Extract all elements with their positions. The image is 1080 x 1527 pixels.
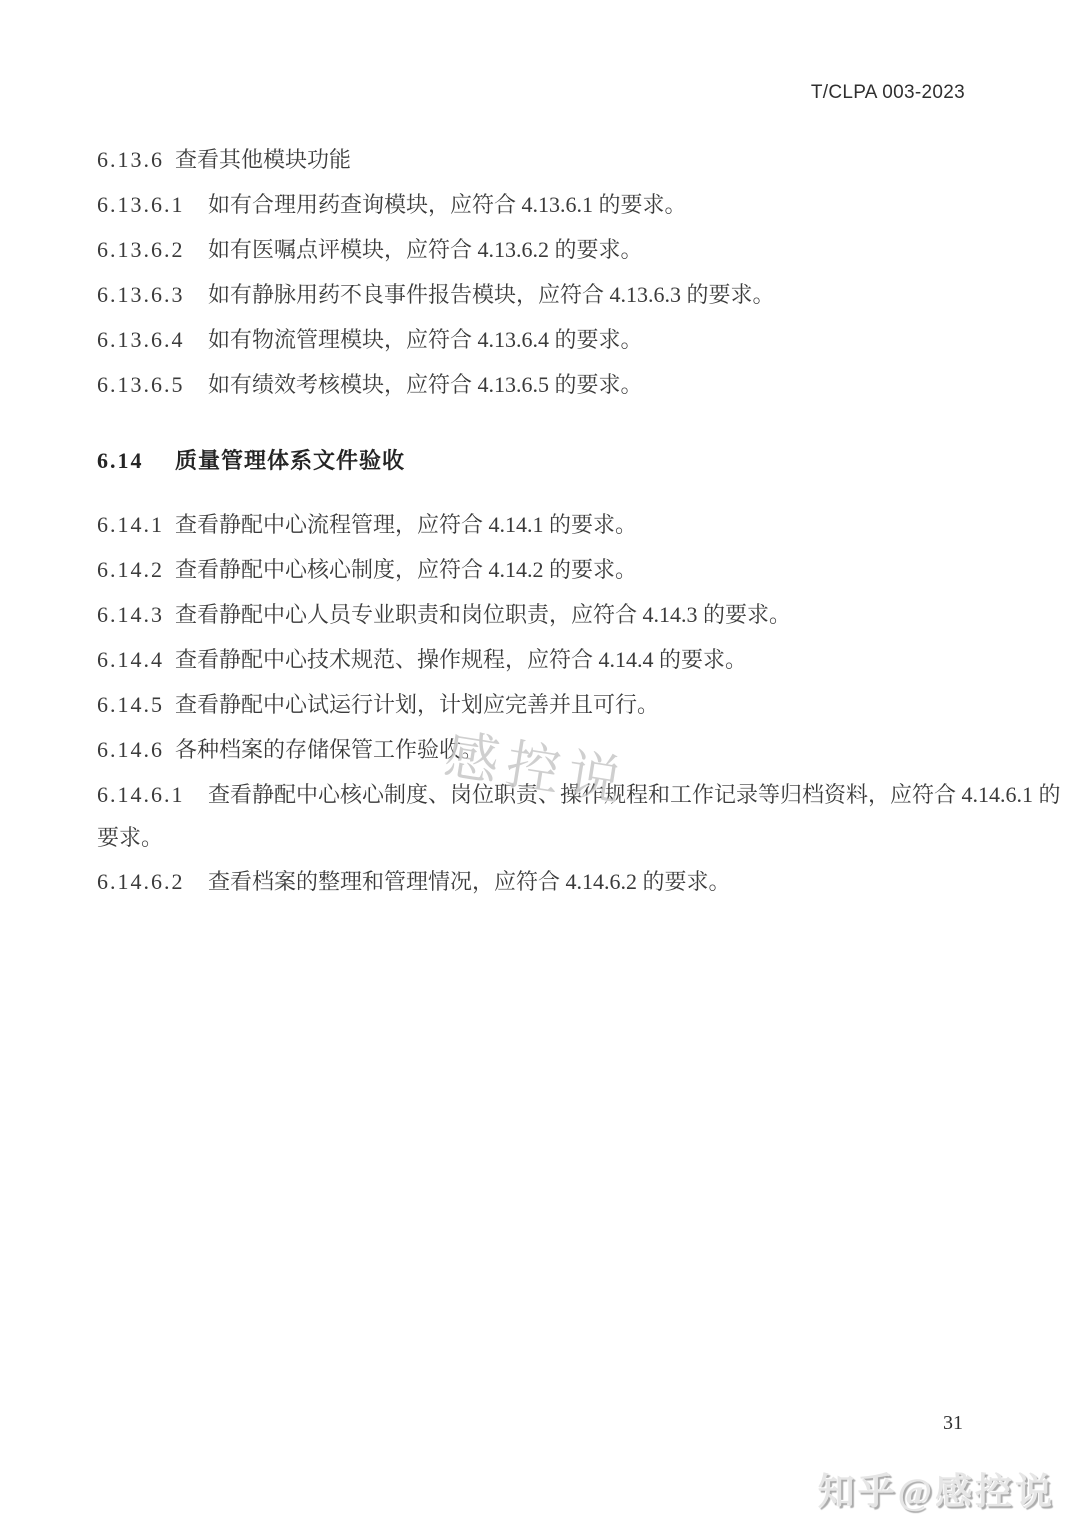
clause-6-13-6: 6.13.6 查看其他模块功能 xyxy=(97,137,997,182)
clause-6-14-5: 6.14.5 查看静配中心试运行计划，计划应完善并且可行。 xyxy=(97,682,997,727)
clause-text: 查看其他模块功能 xyxy=(175,137,351,182)
clause-text: 查看静配中心试运行计划，计划应完善并且可行。 xyxy=(175,682,659,727)
clause-text: 查看静配中心核心制度，应符合 4.14.2 的要求。 xyxy=(175,547,637,592)
clause-text: 查看档案的整理和管理情况，应符合 4.14.6.2 的要求。 xyxy=(208,859,731,904)
clause-6-14-2: 6.14.2 查看静配中心核心制度，应符合 4.14.2 的要求。 xyxy=(97,547,997,592)
clause-number: 6.13.6.3 xyxy=(97,272,208,317)
document-page: T/CLPA 003-2023 6.13.6 查看其他模块功能 6.13.6.1… xyxy=(0,0,1080,1527)
clause-6-14-4: 6.14.4 查看静配中心技术规范、操作规程，应符合 4.14.4 的要求。 xyxy=(97,637,997,682)
clause-text: 查看静配中心人员专业职责和岗位职责，应符合 4.14.3 的要求。 xyxy=(175,592,791,637)
clause-number: 6.13.6.2 xyxy=(97,227,208,272)
clause-6-14-6-1-continuation: 要求。 xyxy=(97,817,997,859)
clause-6-14-3: 6.14.3 查看静配中心人员专业职责和岗位职责，应符合 4.14.3 的要求。 xyxy=(97,592,997,637)
clause-6-14-6-1: 6.14.6.1 查看静配中心核心制度、岗位职责、操作规程和工作记录等归档资料，… xyxy=(97,772,997,817)
clause-6-13-6-4: 6.13.6.4 如有物流管理模块，应符合 4.13.6.4 的要求。 xyxy=(97,317,997,362)
clause-text: 如有静脉用药不良事件报告模块，应符合 4.13.6.3 的要求。 xyxy=(208,272,775,317)
section-number: 6.14 xyxy=(97,438,175,483)
section-title: 质量管理体系文件验收 xyxy=(175,438,405,483)
standard-reference: T/CLPA 003-2023 xyxy=(811,82,965,104)
clause-text: 如有物流管理模块，应符合 4.13.6.4 的要求。 xyxy=(208,317,643,362)
clause-6-13-6-3: 6.13.6.3 如有静脉用药不良事件报告模块，应符合 4.13.6.3 的要求… xyxy=(97,272,997,317)
clause-number: 6.13.6.4 xyxy=(97,317,208,362)
clause-6-14-6: 6.14.6 各种档案的存储保管工作验收。 xyxy=(97,727,997,772)
clause-6-14-1: 6.14.1 查看静配中心流程管理，应符合 4.14.1 的要求。 xyxy=(97,502,997,547)
clause-text: 查看静配中心技术规范、操作规程，应符合 4.14.4 的要求。 xyxy=(175,637,747,682)
clause-6-13-6-2: 6.13.6.2 如有医嘱点评模块，应符合 4.13.6.2 的要求。 xyxy=(97,227,997,272)
clause-6-14-6-2: 6.14.6.2 查看档案的整理和管理情况，应符合 4.14.6.2 的要求。 xyxy=(97,859,997,904)
clause-6-13-6-1: 6.13.6.1 如有合理用药查询模块，应符合 4.13.6.1 的要求。 xyxy=(97,182,997,227)
clause-number: 6.13.6.1 xyxy=(97,182,208,227)
clause-number: 6.14.4 xyxy=(97,637,175,682)
clause-number: 6.14.6.2 xyxy=(97,859,208,904)
clause-number: 6.14.1 xyxy=(97,502,175,547)
clause-text: 如有绩效考核模块，应符合 4.13.6.5 的要求。 xyxy=(208,362,643,407)
clause-number: 6.13.6.5 xyxy=(97,362,208,407)
clause-text: 如有合理用药查询模块，应符合 4.13.6.1 的要求。 xyxy=(208,182,687,227)
clause-number: 6.14.3 xyxy=(97,592,175,637)
clause-text: 查看静配中心流程管理，应符合 4.14.1 的要求。 xyxy=(175,502,637,547)
clause-number: 6.14.2 xyxy=(97,547,175,592)
clause-number: 6.13.6 xyxy=(97,137,175,182)
clause-number: 6.14.6 xyxy=(97,727,175,772)
clause-text: 查看静配中心核心制度、岗位职责、操作规程和工作记录等归档资料，应符合 4.14.… xyxy=(208,772,1061,817)
clause-6-13-6-5: 6.13.6.5 如有绩效考核模块，应符合 4.13.6.5 的要求。 xyxy=(97,362,997,407)
clause-text: 如有医嘱点评模块，应符合 4.13.6.2 的要求。 xyxy=(208,227,643,272)
clause-number: 6.14.6.1 xyxy=(97,772,208,817)
clause-number: 6.14.5 xyxy=(97,682,175,727)
zhihu-watermark: 知乎@感控说 xyxy=(818,1461,1055,1515)
section-heading-6-14: 6.14 质量管理体系文件验收 xyxy=(97,438,997,483)
page-number: 31 xyxy=(943,1412,963,1435)
document-body: 6.13.6 查看其他模块功能 6.13.6.1 如有合理用药查询模块，应符合 … xyxy=(97,137,997,904)
clause-text: 各种档案的存储保管工作验收。 xyxy=(175,727,483,772)
